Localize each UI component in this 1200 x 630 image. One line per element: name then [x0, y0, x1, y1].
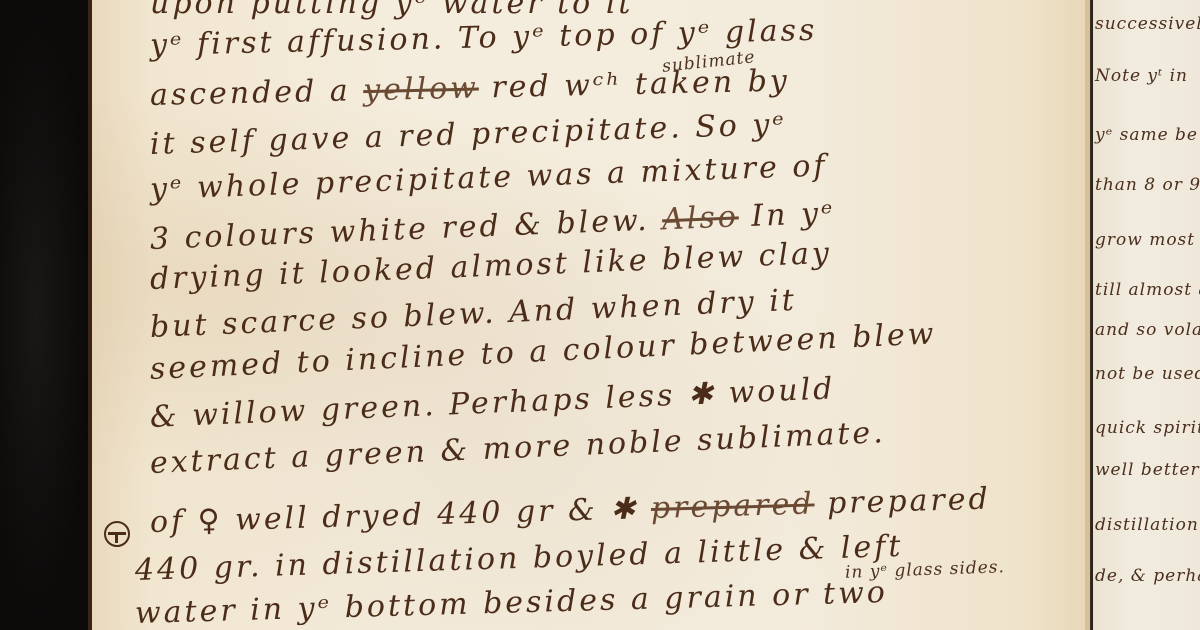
crossed-circle-symbol-icon — [104, 521, 130, 547]
facing-page-line: distillation & — [1095, 515, 1200, 535]
line-text: of ♀ well dryed 440 gr & ✱ — [150, 491, 652, 540]
facing-page-line: successively — [1095, 14, 1200, 34]
facing-page-line: than 8 or 9 — [1095, 175, 1200, 195]
facing-page-line: not be used — [1095, 364, 1200, 384]
line-text: prepared — [814, 482, 991, 522]
facing-page-line: grow most lig — [1095, 230, 1200, 250]
facing-page-line: yᵉ same be 12 — [1095, 125, 1200, 145]
line-text: red wᶜʰ taken by — [478, 63, 790, 105]
manuscript-facing-page: successivelyNote yᵗ inyᵉ same be 12than … — [1093, 0, 1200, 630]
facing-page-line: till almost as fi — [1095, 280, 1200, 300]
struck-through-word: Also — [661, 199, 739, 237]
interlinear-note: in yᵉ glass sides. — [845, 557, 1006, 583]
struck-through-word: yellow — [363, 71, 479, 109]
facing-page-line: Note yᵗ in — [1095, 66, 1188, 86]
line-text: In yᵉ — [738, 196, 836, 235]
facing-page-line: de, & perhaps — [1095, 566, 1200, 586]
facing-page-line: quick spirit 1 — [1095, 418, 1200, 438]
struck-through-word: prepared — [650, 486, 815, 526]
line-text: ascended a — [150, 73, 364, 113]
facing-page-line: and so volat — [1095, 320, 1200, 340]
book-binding — [0, 0, 90, 630]
manuscript-main-page: upon putting yᵉ water to ityᵉ first affu… — [92, 0, 1090, 630]
facing-page-line: well better & — [1095, 460, 1200, 480]
